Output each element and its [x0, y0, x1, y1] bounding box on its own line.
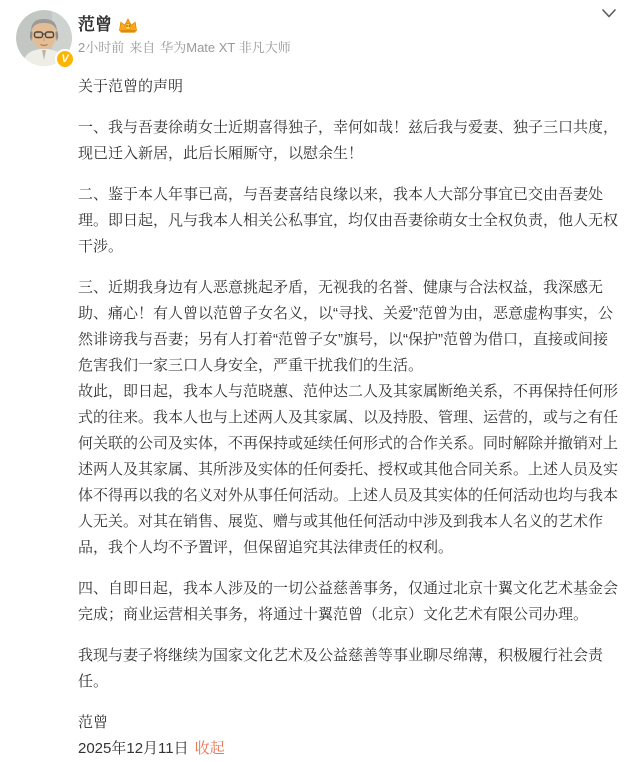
source-label: 来自: [129, 39, 155, 57]
statement-paragraph: 四、自即日起，我本人涉及的一切公益慈善事务，仅通过北京十翼文化艺术基金会完成；商…: [78, 576, 620, 628]
statement-title: 关于范曾的声明: [78, 74, 620, 100]
statement-paragraph: 我现与妻子将继续为国家文化艺术及公益慈善等事业聊尽绵薄，积极履行社会责任。: [78, 643, 620, 695]
post-content: 关于范曾的声明 一、我与吾妻徐萌女士近期喜得独子，幸何如哉！兹后我与爱妻、独子三…: [78, 74, 620, 762]
post-header: V 范曾 2小时前 来自 华为Mate XT 非凡大师: [16, 10, 618, 66]
signature-name: 范曾: [78, 710, 620, 736]
statement-paragraph: 二、鉴于本人年事已高，与吾妻喜结良缘以来，我本人大部分事宜已交由吾妻处理。即日起…: [78, 182, 620, 260]
signature-date: 2025年12月11日: [78, 740, 189, 757]
statement-paragraph: 三、近期我身边有人恶意挑起矛盾，无视我的名誉、健康与合法权益，我深感无助、痛心！…: [78, 275, 620, 561]
post-card: V 范曾 2小时前 来自 华为Mate XT 非凡大师: [0, 0, 634, 762]
date-row: 2025年12月11日收起: [78, 736, 620, 762]
post-time[interactable]: 2小时前: [78, 39, 124, 57]
svip-crown-icon[interactable]: [118, 17, 138, 34]
collapse-link[interactable]: 收起: [195, 740, 225, 757]
source-device-link[interactable]: 华为Mate XT 非凡大师: [160, 39, 291, 57]
avatar[interactable]: V: [16, 10, 72, 66]
statement-paragraph: 一、我与吾妻徐萌女士近期喜得独子，幸何如哉！兹后我与爱妻、独子三口共度，现已迁入…: [78, 115, 620, 167]
verified-v-badge: V: [55, 49, 75, 69]
header-info: 范曾 2小时前 来自 华为Mate XT 非凡大师: [78, 10, 291, 57]
author-name[interactable]: 范曾: [78, 14, 112, 36]
chevron-down-icon[interactable]: [601, 8, 617, 20]
post-meta: 2小时前 来自 华为Mate XT 非凡大师: [78, 39, 291, 57]
